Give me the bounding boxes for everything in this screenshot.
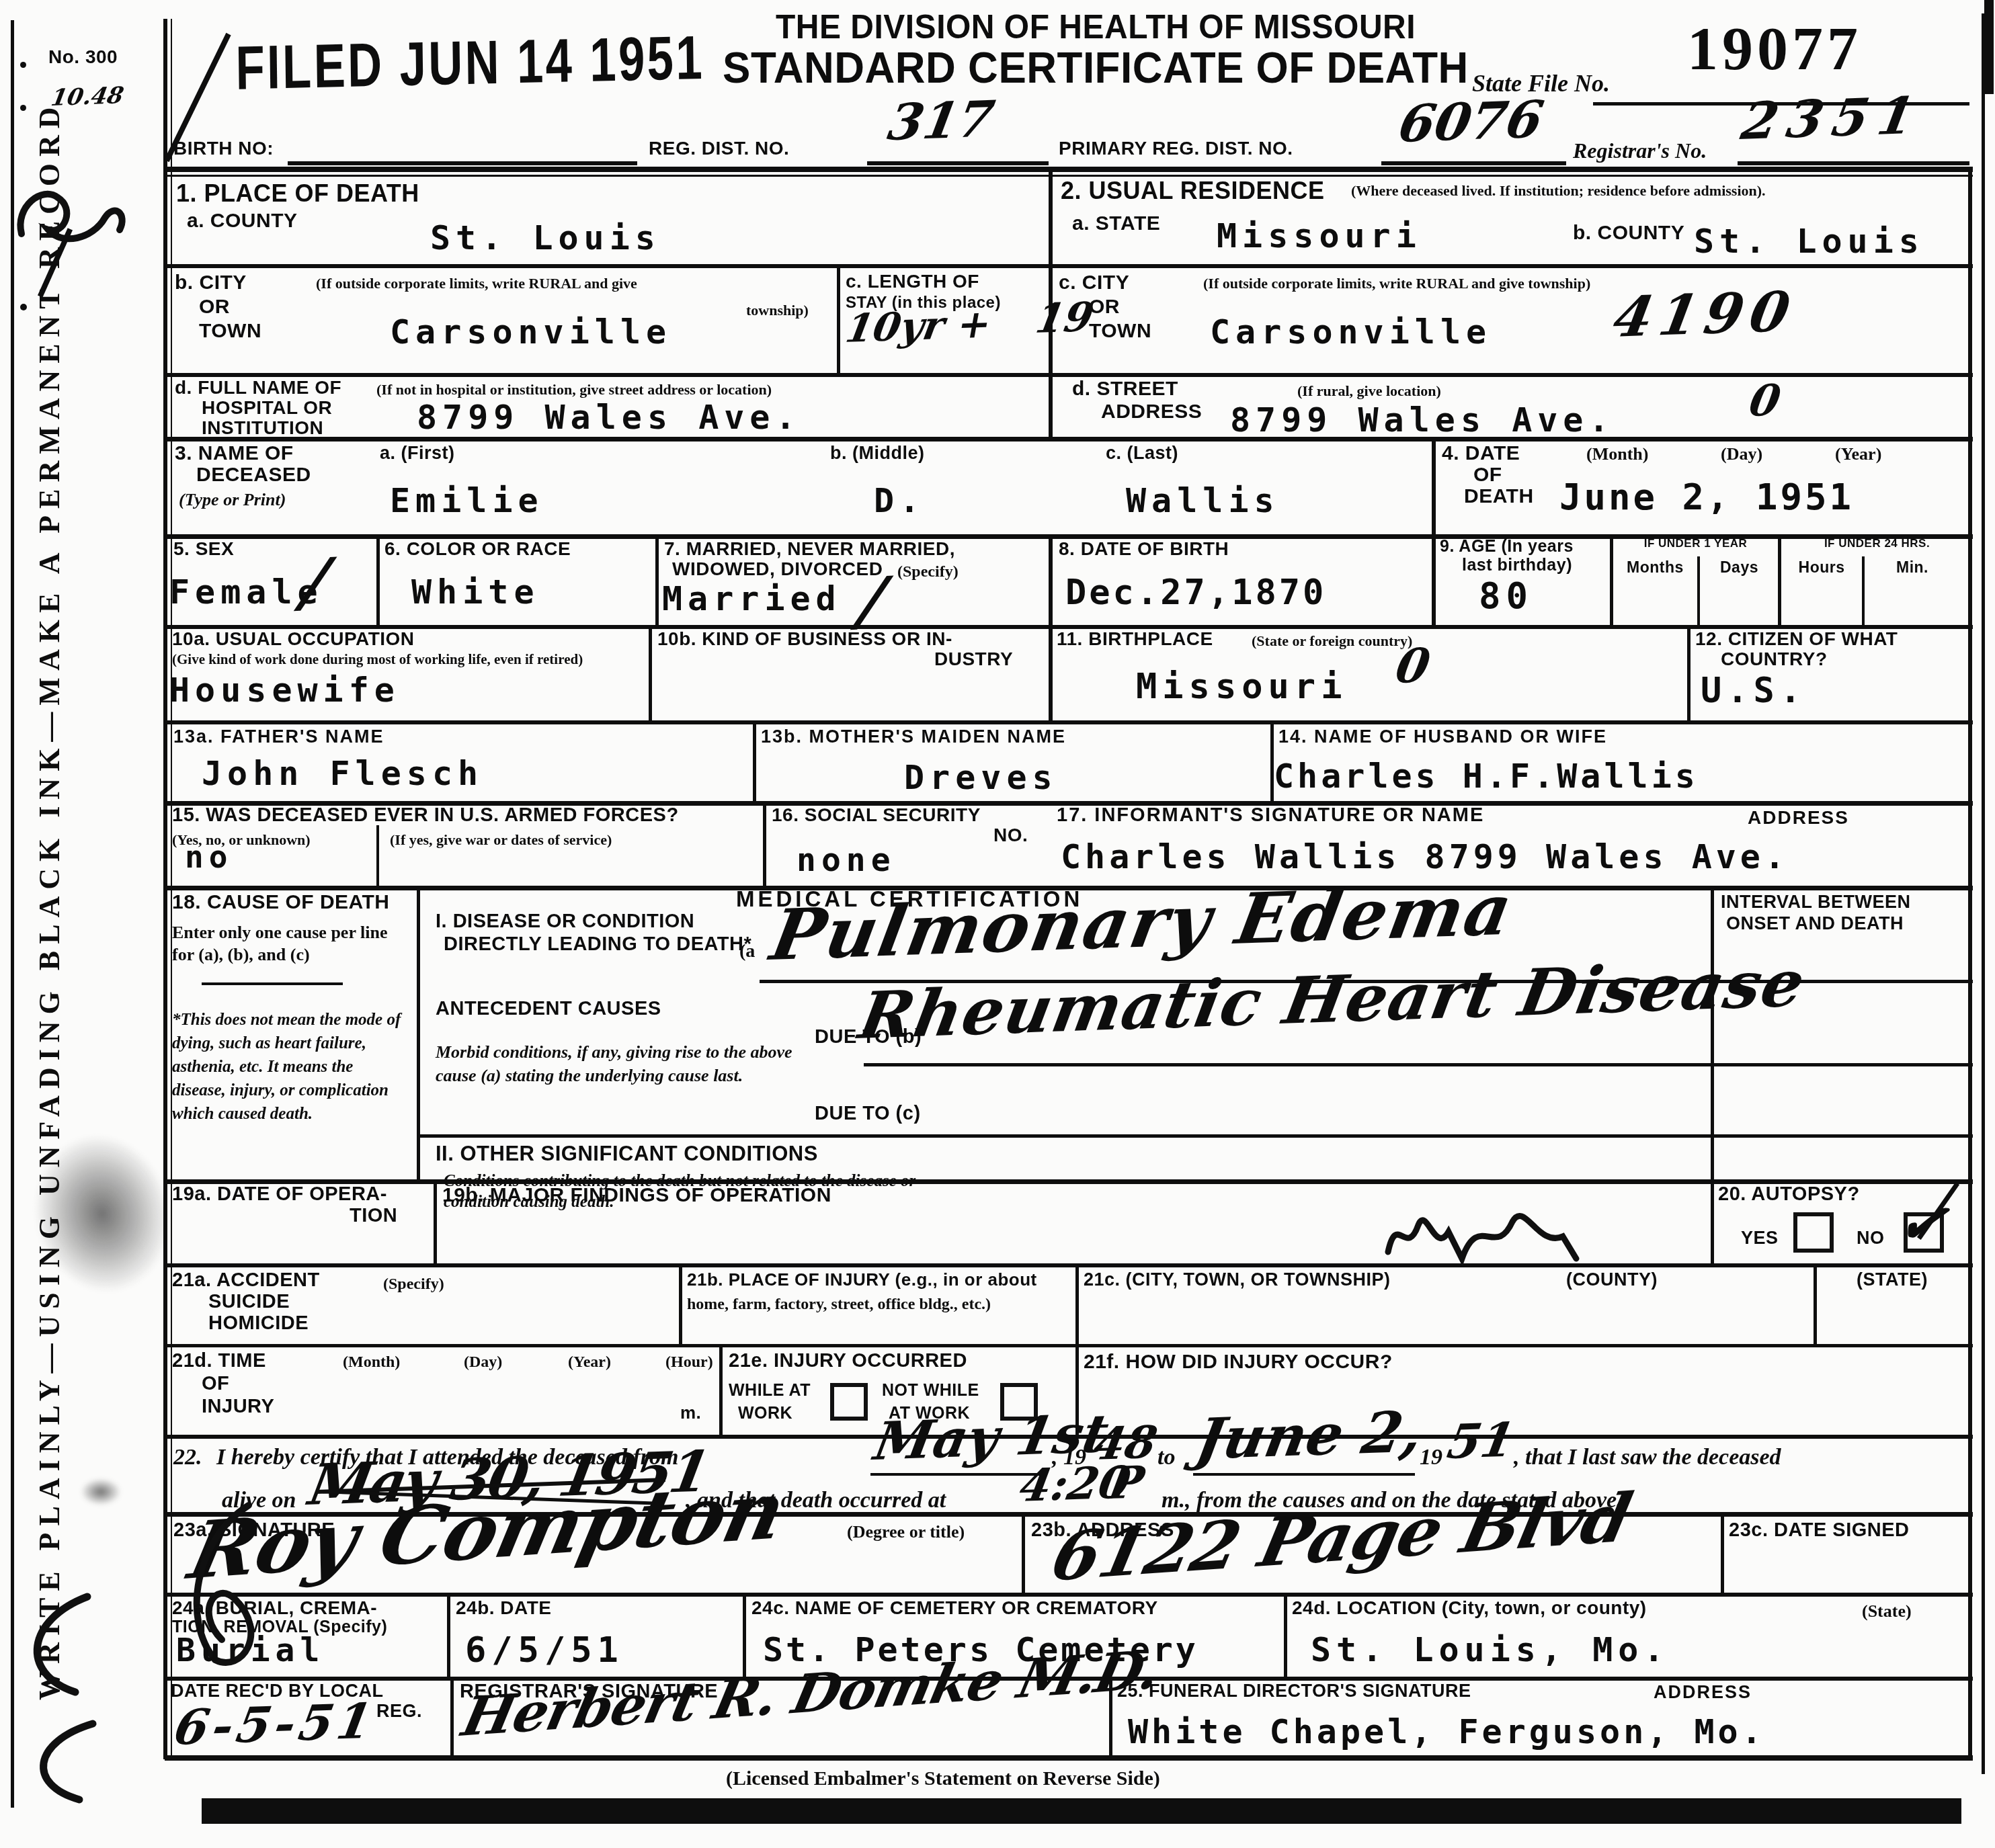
certify-to: to — [1157, 1443, 1175, 1472]
age-min-label: Min. — [1865, 559, 1959, 576]
antecedent-label: ANTECEDENT CAUSES — [436, 999, 661, 1020]
business-label-2: DUSTRY — [934, 649, 1013, 670]
primary-reg-value: 6076 — [1394, 89, 1548, 154]
vrule — [1697, 556, 1700, 625]
street-label-1: d. STREET — [1072, 378, 1178, 400]
hospital-hint: (If not in hospital or institution, give… — [376, 380, 1049, 399]
place-of-death-title: 1. PLACE OF DEATH — [176, 180, 419, 207]
mother-name-value: Dreves — [904, 758, 1058, 797]
last-name-value: Wallis — [1126, 481, 1280, 520]
vrule — [1284, 1593, 1287, 1677]
injury-hour-label: (Hour) — [665, 1352, 713, 1372]
state-value: Missouri — [1217, 216, 1422, 255]
burial-label-1: 24a. BURIAL, CREMA- — [172, 1598, 377, 1619]
birthplace-value: Missouri — [1136, 667, 1347, 707]
reg-dist-rule — [867, 161, 1049, 165]
margin-instruction: WRITE PLAINLY—USING UNFADING BLACK INK—M… — [32, 202, 67, 1700]
vrule — [434, 1179, 437, 1263]
autopsy-yes-label: YES — [1741, 1228, 1779, 1249]
hospital-label-2: HOSPITAL OR — [202, 398, 332, 419]
residence-city-label-1: c. CITY — [1059, 271, 1129, 294]
reg-dist-value: 317 — [884, 91, 999, 152]
first-name-value: Emilie — [390, 481, 544, 520]
citizen-value: U.S. — [1701, 671, 1806, 711]
while-at-work-checkbox — [830, 1383, 868, 1421]
how-injury-label: 21f. HOW DID INJURY OCCUR? — [1084, 1351, 1393, 1373]
marital-label-2: WIDOWED, DIVORCED — [672, 559, 883, 580]
time-injury-label-2: OF — [202, 1374, 229, 1395]
date-of-death-label-3: DEATH — [1464, 485, 1534, 507]
business-label-1: 10b. KIND OF BUSINESS OR IN- — [657, 629, 952, 650]
stay-value: 10yr + — [842, 301, 995, 351]
vrule — [1049, 534, 1053, 720]
city-label-1: b. CITY — [175, 271, 247, 294]
date-of-death-value: June 2, 1951 — [1559, 476, 1854, 518]
state-label: a. STATE — [1072, 212, 1160, 235]
while-at-work-label-2: WORK — [738, 1404, 792, 1423]
name-deceased-label-1: 3. NAME OF — [175, 442, 294, 464]
place-injury-label-1: 21b. PLACE OF INJURY (e.g., in or about — [687, 1270, 1037, 1290]
cause-a-paren: (a — [739, 939, 755, 963]
interval-label-2: ONSET AND DEATH — [1726, 914, 1904, 934]
occupation-label: 10a. USUAL OCCUPATION — [172, 629, 415, 650]
armed-forces-hint2: (If yes, give war or dates of service) — [390, 831, 612, 849]
accident-label-1: 21a. ACCIDENT — [172, 1270, 320, 1292]
accident-label-3: HOMICIDE — [208, 1313, 309, 1335]
hospital-label-1: d. FULL NAME OF — [175, 378, 341, 398]
street-hint: (If rural, give location) — [1297, 382, 1441, 401]
ink-smudge-small — [81, 1478, 121, 1505]
date-recd-value: 6-5-51 — [170, 1692, 380, 1756]
burial-location-label: 24d. LOCATION (City, town, or county) — [1292, 1598, 1647, 1619]
margin-curl-bottom — [0, 1586, 114, 1808]
birthplace-hint: (State or foreign country) — [1252, 632, 1412, 650]
informant-value: Charles Wallis 8799 Wales Ave. — [1061, 837, 1789, 876]
sex-label: 5. SEX — [173, 539, 234, 560]
major-findings-label: 19b. MAJOR FINDINGS OF OPERATION — [442, 1184, 831, 1206]
injury-day-label: (Day) — [464, 1352, 502, 1372]
dob-value: Dec.27,1870 — [1065, 573, 1326, 613]
county-label: a. COUNTY — [187, 210, 298, 232]
occupation-value: Housewife — [169, 671, 400, 710]
armed-forces-value: no — [185, 839, 233, 875]
place-injury-label-2: home, farm, factory, street, office bldg… — [687, 1294, 991, 1314]
dod-year-label: (Year) — [1835, 444, 1881, 466]
marital-value: Married — [662, 579, 842, 618]
vrule — [1711, 886, 1714, 1263]
usual-residence-title: 2. USUAL RESIDENCE — [1061, 177, 1324, 204]
date-of-death-label-2: OF — [1473, 464, 1502, 486]
rule — [165, 373, 1973, 377]
vrule — [1687, 625, 1691, 720]
scan-dot — [20, 62, 26, 68]
ssn-value: none — [797, 841, 896, 879]
form-title-line1: THE DIVISION OF HEALTH OF MISSOURI — [712, 9, 1479, 46]
father-name-value: John Flesch — [202, 754, 483, 793]
vrule — [1814, 1263, 1817, 1344]
other-conditions-label: II. OTHER SIGNIFICANT CONDITIONS — [436, 1142, 818, 1165]
city-label-2: OR — [199, 296, 230, 318]
spouse-name-label: 14. NAME OF HUSBAND OR WIFE — [1278, 727, 1607, 747]
middle-name-label: b. (Middle) — [830, 444, 924, 464]
scan-dot — [20, 105, 26, 111]
usual-residence-hint: (Where deceased lived. If institution; r… — [1351, 181, 1963, 200]
rule — [165, 1344, 1973, 1347]
residence-county-value: St. Louis — [1694, 222, 1924, 261]
vrule — [376, 534, 380, 625]
funeral-director-address-label: ADDRESS — [1654, 1683, 1752, 1703]
autopsy-label: 20. AUTOPSY? — [1718, 1184, 1860, 1206]
stay-label-1: c. LENGTH OF — [846, 271, 979, 292]
accident-specify-hint: (Specify) — [383, 1274, 444, 1294]
spouse-name-value: Charles H.F.Wallis — [1274, 757, 1699, 796]
age-label-1: 9. AGE (In years — [1440, 538, 1574, 556]
marital-label-3: (Specify) — [897, 562, 959, 582]
last-name-label: c. (Last) — [1106, 444, 1178, 464]
residence-city-value: Carsonville — [1210, 312, 1492, 351]
dob-label: 8. DATE OF BIRTH — [1059, 539, 1229, 560]
burial-date-label: 24b. DATE — [456, 1598, 551, 1619]
vrule — [719, 1344, 723, 1435]
county-value: St. Louis — [430, 218, 661, 257]
injury-city-label: 21c. (CITY, TOWN, OR TOWNSHIP) — [1084, 1270, 1391, 1290]
age-days-label: Days — [1701, 559, 1778, 576]
age-label-2: last birthday) — [1462, 556, 1572, 575]
vrule — [837, 267, 840, 373]
vrule — [679, 1263, 682, 1344]
marital-label-1: 7. MARRIED, NEVER MARRIED, — [664, 539, 955, 560]
rule — [165, 264, 1973, 268]
mother-name-label: 13b. MOTHER'S MAIDEN NAME — [761, 727, 1066, 747]
burial-value: Burial — [176, 1632, 325, 1669]
interval-label-1: INTERVAL BETWEEN — [1721, 892, 1911, 913]
autopsy-yes-checkbox — [1793, 1212, 1834, 1253]
certify-num: 22. — [173, 1443, 202, 1472]
embalmer-note: (Licensed Embalmer's Statement on Revers… — [726, 1766, 1160, 1792]
burial-location-state-label: (State) — [1862, 1601, 1912, 1623]
vrule — [1022, 1512, 1025, 1593]
armed-forces-label: 15. WAS DECEASED EVER IN U.S. ARMED FORC… — [172, 805, 679, 827]
vrule — [417, 886, 420, 1179]
vrule — [376, 825, 379, 886]
age-under1-label: IF UNDER 1 YEAR — [1613, 538, 1778, 550]
scan-edge-right-top — [1984, 0, 1994, 94]
vrule — [1862, 556, 1865, 625]
age-under24-label: IF UNDER 24 HRS. — [1781, 538, 1973, 550]
injury-year-label: (Year) — [568, 1352, 611, 1372]
residence-margin-mark: 19 — [1032, 294, 1097, 343]
residence-city-hand: 4190 — [1609, 280, 1801, 350]
middle-name-value: D. — [874, 481, 925, 520]
informant-address-label: ADDRESS — [1748, 808, 1849, 829]
vrule — [450, 1677, 454, 1755]
age-months-label: Months — [1613, 559, 1697, 576]
time-injury-label-3: INJURY — [202, 1396, 274, 1418]
vrule — [1721, 1512, 1724, 1593]
reg-dist-label: REG. DIST. NO. — [649, 138, 789, 159]
injury-occurred-label: 21e. INJURY OCCURRED — [729, 1351, 967, 1372]
rule — [165, 720, 1973, 724]
informant-label: 17. INFORMANT'S SIGNATURE OR NAME — [1057, 805, 1484, 827]
cause-of-death-label: 18. CAUSE OF DEATH — [172, 891, 390, 913]
street-hand-mark: 0 — [1746, 375, 1785, 427]
vrule — [753, 720, 756, 801]
scan-dot — [20, 304, 27, 310]
cause-b-rule — [864, 1063, 1973, 1066]
cemetery-label: 24c. NAME OF CEMETERY OR CREMATORY — [751, 1598, 1158, 1619]
first-name-label: a. (First) — [380, 444, 455, 464]
father-name-label: 13a. FATHER'S NAME — [173, 727, 384, 747]
cause-note-2: *This does not mean the mode of dying, s… — [172, 1008, 404, 1126]
city-label-3: TOWN — [199, 320, 261, 342]
primary-reg-rule — [1381, 161, 1566, 165]
registrar-no-rule — [1738, 161, 1969, 165]
registrar-no-label: Registrar's No. — [1573, 137, 1707, 164]
while-at-work-label-1: WHILE AT — [729, 1382, 811, 1400]
date-operation-label-1: 19a. DATE OF OPERA- — [172, 1184, 387, 1206]
scan-edge-left — [11, 20, 14, 1808]
vrule — [743, 1593, 746, 1677]
date-signed-label: 23c. DATE SIGNED — [1729, 1520, 1910, 1542]
certify-to-rule — [1193, 1473, 1415, 1476]
date-operation-label-2: TION — [350, 1206, 397, 1227]
cause-note-1: Enter only one cause per line for (a), (… — [172, 922, 401, 966]
registrar-no-value: 2351 — [1737, 85, 1928, 151]
state-file-number: 19077 — [1687, 15, 1862, 83]
city-value: Carsonville — [390, 312, 671, 351]
injury-county-label: (COUNTY) — [1566, 1270, 1658, 1290]
race-value: White — [411, 573, 540, 612]
rule — [165, 167, 1973, 172]
city-hint: (If outside corporate limits, write RURA… — [316, 274, 786, 293]
hospital-value: 8799 Wales Ave. — [417, 398, 801, 437]
age-hours-label: Hours — [1781, 559, 1862, 576]
injury-month-label: (Month) — [343, 1352, 400, 1372]
city-hint-2: township) — [746, 301, 809, 320]
dod-day-label: (Day) — [1721, 444, 1762, 466]
injury-state-label: (STATE) — [1857, 1270, 1928, 1290]
primary-reg-label: PRIMARY REG. DIST. NO. — [1059, 138, 1293, 159]
form-border-right — [1968, 168, 1972, 1759]
ssn-label-2: NO. — [993, 825, 1028, 846]
vrule — [649, 625, 652, 720]
age-value: 80 — [1479, 575, 1533, 617]
disease-label-2: DIRECTLY LEADING TO DEATH* — [444, 934, 751, 956]
birthplace-label: 11. BIRTHPLACE — [1057, 629, 1213, 650]
certify-text-2: , that I last saw the deceased — [1514, 1443, 1781, 1472]
disease-label-1: I. DISEASE OR CONDITION — [436, 911, 694, 933]
certify-to-hand: June 2, — [1191, 1398, 1428, 1472]
funeral-director-value: White Chapel, Ferguson, Mo. — [1128, 1712, 1765, 1751]
occupation-hint: (Give kind of work done during most of w… — [172, 650, 609, 668]
rule — [165, 437, 1973, 442]
name-deceased-label-2: DECEASED — [196, 464, 311, 486]
degree-title-hint: (Degree or title) — [847, 1521, 965, 1544]
margin-scribble — [13, 173, 161, 254]
vrule — [447, 1593, 450, 1677]
morbid-hint: Morbid conditions, if any, giving rise t… — [436, 1040, 825, 1087]
birth-no-label: BIRTH NO: — [173, 138, 274, 159]
street-label-2: ADDRESS — [1101, 401, 1202, 423]
certify-from-rule — [870, 1473, 1045, 1476]
vrule — [1432, 437, 1436, 625]
hospital-label-3: INSTITUTION — [202, 418, 323, 439]
name-deceased-label-3: (Type or Print) — [179, 489, 286, 511]
accident-label-2: SUICIDE — [208, 1292, 290, 1313]
certify-year2-pre: 19 — [1420, 1443, 1442, 1472]
due-to-c-label: DUE TO (c) — [815, 1103, 921, 1125]
injury-m-label: m. — [680, 1403, 701, 1423]
certify-year2-hand: 51 — [1443, 1412, 1519, 1470]
not-while-work-label-1: NOT WHILE — [882, 1382, 979, 1400]
residence-county-label: b. COUNTY — [1573, 222, 1684, 244]
race-label: 6. COLOR OR RACE — [384, 539, 571, 560]
birth-no-rule — [288, 161, 637, 165]
burial-date-value: 6/5/51 — [465, 1630, 624, 1671]
date-recd-label-2: REG. — [376, 1702, 422, 1722]
vrule — [763, 801, 766, 886]
form-number: No. 300 — [48, 47, 118, 68]
rule — [165, 1755, 1973, 1761]
rule — [165, 1263, 1973, 1267]
autopsy-no-check-mark: ✓ — [1892, 1184, 1952, 1261]
date-of-death-label-1: 4. DATE — [1442, 442, 1520, 464]
bottom-scan-bar — [202, 1798, 1961, 1824]
time-injury-label-1: 21d. TIME — [172, 1351, 266, 1372]
scan-edge-right — [1982, 13, 1985, 1774]
rule — [417, 1134, 1973, 1138]
ssn-label-1: 16. SOCIAL SECURITY — [772, 805, 981, 826]
citizen-label-2: COUNTRY? — [1721, 649, 1828, 670]
autopsy-no-label: NO — [1857, 1228, 1885, 1249]
handwritten-scrawl — [1371, 1195, 1593, 1269]
street-value: 8799 Wales Ave. — [1230, 401, 1615, 439]
vrule — [655, 534, 659, 625]
form-title-line2: STANDARD CERTIFICATE OF DEATH — [699, 44, 1492, 93]
death-certificate-scan: No. 300 10.48 WRITE PLAINLY—USING UNFADI… — [0, 0, 1995, 1848]
funeral-director-label: 25. FUNERAL DIRECTOR'S SIGNATURE — [1117, 1681, 1471, 1702]
dod-month-label: (Month) — [1586, 444, 1648, 466]
burial-location-value: St. Louis, Mo. — [1311, 1630, 1669, 1669]
sidebar-rule — [202, 982, 343, 985]
residence-city-label-3: TOWN — [1089, 320, 1151, 342]
citizen-label-1: 12. CITIZEN OF WHAT — [1695, 629, 1898, 650]
filed-stamp: FILED JUN 14 1951 — [235, 24, 705, 103]
